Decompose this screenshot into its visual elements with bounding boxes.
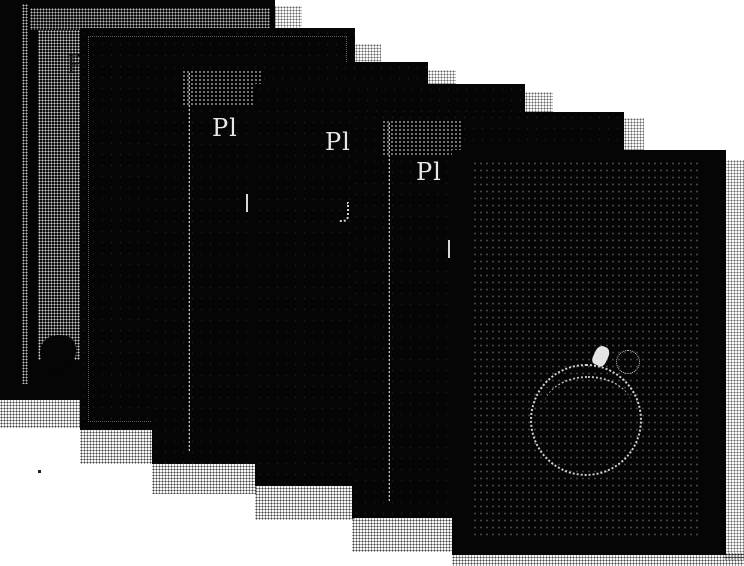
speck [38, 470, 41, 473]
book-title: Pl [212, 114, 238, 142]
book-shadow [724, 160, 744, 560]
title-mark [246, 194, 248, 212]
book-shadow [0, 398, 82, 428]
book-shadow [80, 428, 154, 464]
cover-ornament-pattern [472, 160, 702, 540]
book-title: Pl [416, 158, 442, 186]
ornate-border [30, 8, 270, 30]
title-mark [339, 202, 349, 222]
ornate-border [22, 4, 28, 384]
book-shadow [352, 516, 454, 552]
book-title: Pl [325, 128, 351, 156]
book-shadow [152, 462, 256, 494]
globe-arc [544, 376, 632, 438]
ring-icon [616, 350, 640, 374]
book-stack-photo: P Pl Pl Pl [0, 0, 744, 566]
title-mark [448, 240, 450, 258]
book-cover-6 [452, 150, 726, 555]
corner-ornament-icon [40, 335, 76, 369]
book-shadow [255, 484, 355, 520]
